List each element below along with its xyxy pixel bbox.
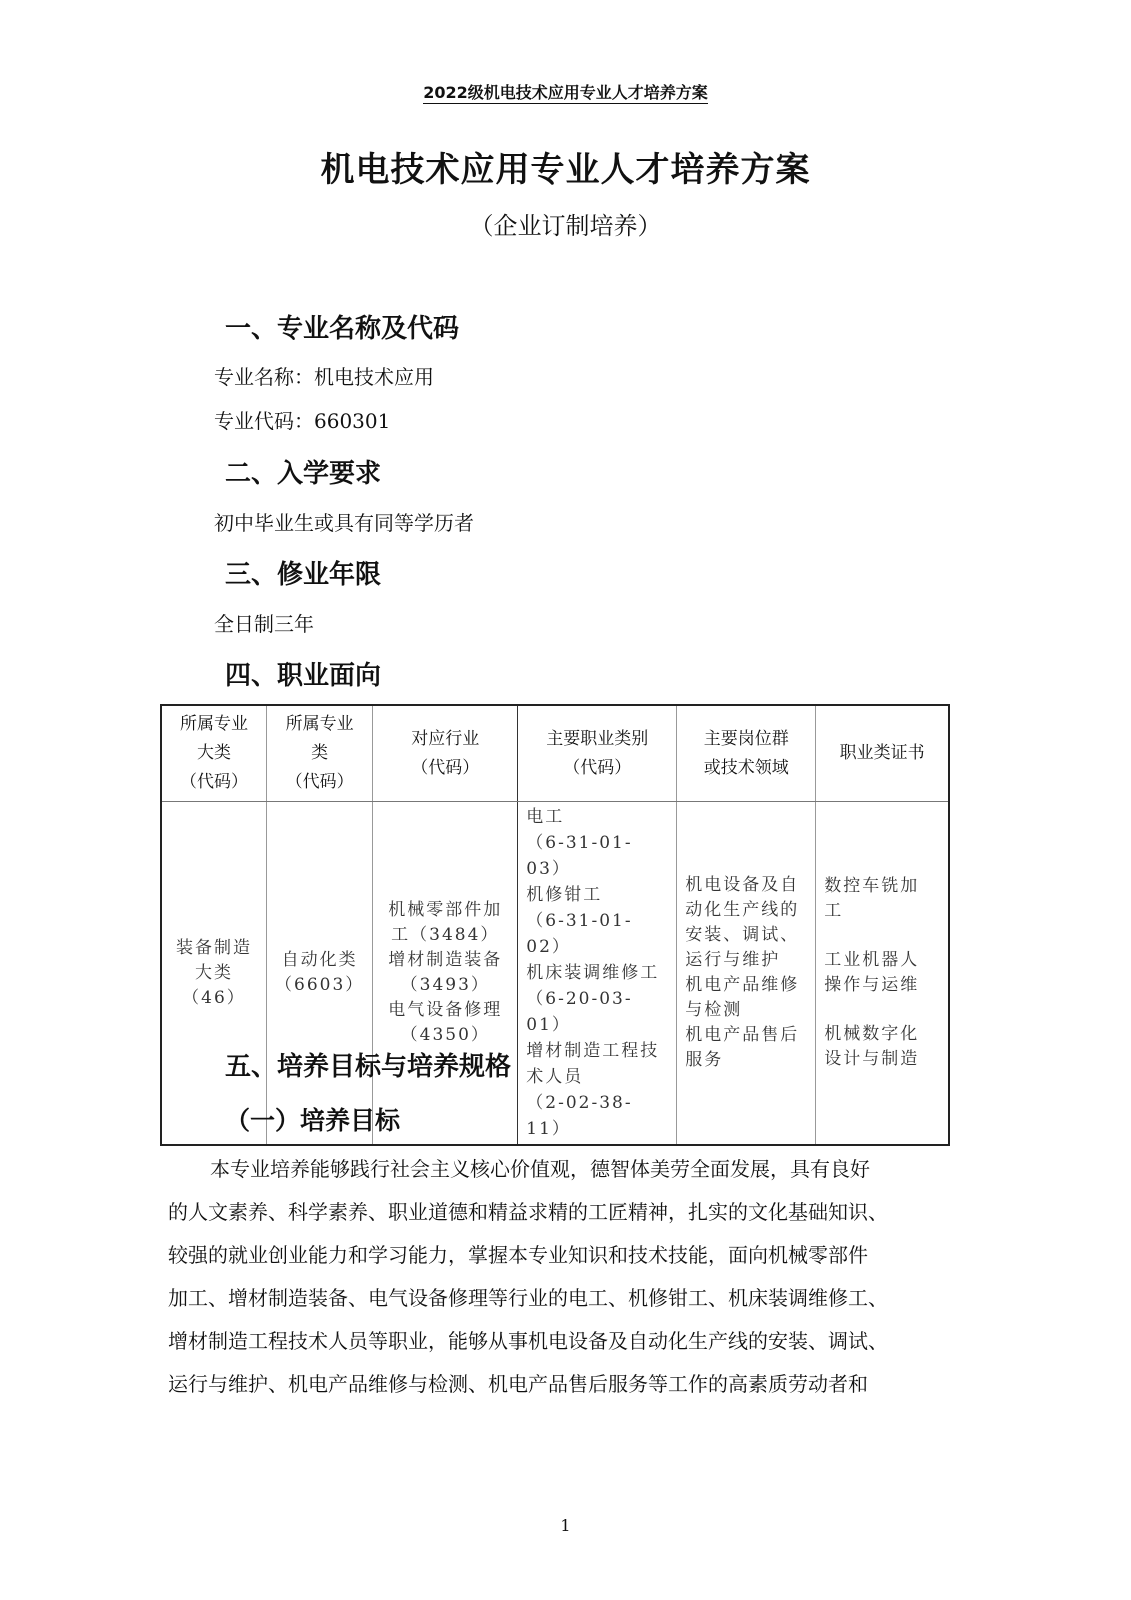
- header-line: （代码）: [168, 768, 260, 797]
- section-4-heading: 四、职业面向: [225, 655, 381, 692]
- cell-certificates: 数控车铣加 工 工业机器人 操作与运维 机械数字化 设计与制造: [816, 802, 949, 1146]
- paragraph-line: 增材制造工程技术人员等职业，能够从事机电设备及自动化生产线的安装、调试、: [168, 1320, 943, 1363]
- header-line: 职业类证书: [822, 739, 942, 768]
- header-line: 对应行业: [379, 725, 511, 754]
- cell-line: 电气设备修理: [381, 998, 509, 1023]
- table-header-row: 所属专业 大类 （代码） 所属专业 类 （代码） 对应行业 （代码） 主要职业类…: [161, 705, 949, 802]
- cell-line: 装备制造: [170, 936, 258, 961]
- header-line: （代码）: [524, 754, 670, 783]
- paragraph-line: 本专业培养能够践行社会主义核心价值观，德智体美劳全面发展，具有良好: [168, 1148, 943, 1191]
- header-line: 类: [273, 739, 366, 768]
- cell-industries: 机械零部件加 工（3484） 增材制造装备 （3493） 电气设备修理 （435…: [373, 802, 518, 1146]
- header-line: （代码）: [379, 754, 511, 783]
- cell-line: （6-20-03-01）: [526, 986, 668, 1038]
- cell-line: 工业机器人: [824, 948, 940, 973]
- header-major-category: 所属专业 大类 （代码）: [161, 705, 267, 802]
- study-duration: 全日制三年: [214, 608, 314, 637]
- cell-line: 大类（46）: [170, 961, 258, 1011]
- cell-line: 设计与制造: [824, 1047, 940, 1072]
- paragraph-line: 加工、增材制造装备、电气设备修理等行业的电工、机修钳工、机床装调维修工、: [168, 1277, 943, 1320]
- table-row: 装备制造 大类（46） 自动化类 （6603） 机械零部件加 工（3484） 增…: [161, 802, 949, 1146]
- header-line: 所属专业: [168, 710, 260, 739]
- cell-line: （3493）: [381, 973, 509, 998]
- cell-line: 自动化类: [275, 948, 364, 973]
- spacer: [824, 998, 940, 1022]
- header-line: 所属专业: [273, 710, 366, 739]
- header-line: 主要岗位群: [683, 725, 809, 754]
- page-number: 1: [0, 1516, 1131, 1535]
- cell-line: 工（3484）: [381, 923, 509, 948]
- document-subtitle: （企业订制培养）: [0, 206, 1131, 241]
- header-major-class: 所属专业 类 （代码）: [267, 705, 373, 802]
- section-2-heading: 二、入学要求: [225, 453, 381, 490]
- cell-positions: 机电设备及自 动化生产线的 安装、调试、 运行与维护 机电产品维修 与检测 机电…: [677, 802, 816, 1146]
- cell-line: 增材制造装备: [381, 948, 509, 973]
- cell-line: （6-31-01-03）: [526, 830, 668, 882]
- cell-line: （6603）: [275, 973, 364, 998]
- cell-line: 机电设备及自: [685, 873, 807, 898]
- cell-line: 机械数字化: [824, 1022, 940, 1047]
- cell-line: 机修钳工: [526, 882, 668, 908]
- header-industry: 对应行业 （代码）: [373, 705, 518, 802]
- paragraph-line: 的人文素养、科学素养、职业道德和精益求精的工匠精神，扎实的文化基础知识、: [168, 1191, 943, 1234]
- cell-line: 电工: [526, 804, 668, 830]
- spacer: [824, 924, 940, 948]
- cell-line: 安装、调试、: [685, 923, 807, 948]
- header-positions: 主要岗位群 或技术领域: [677, 705, 816, 802]
- running-header-text: 2022级机电技术应用专业人才培养方案: [423, 83, 708, 104]
- cell-line: 机械零部件加: [381, 898, 509, 923]
- goal-paragraph: 本专业培养能够践行社会主义核心价值观，德智体美劳全面发展，具有良好 的人文素养、…: [168, 1148, 943, 1406]
- cell-line: 术人员: [526, 1064, 668, 1090]
- header-line: 大类: [168, 739, 260, 768]
- admission-requirement: 初中毕业生或具有同等学历者: [214, 507, 474, 536]
- cell-line: 数控车铣加: [824, 874, 940, 899]
- cell-line: （6-31-01-02）: [526, 908, 668, 960]
- section-5-heading: 五、培养目标与培养规格: [225, 1046, 511, 1083]
- cell-major-class: 自动化类 （6603）: [267, 802, 373, 1146]
- cell-line: 机电产品售后: [685, 1023, 807, 1048]
- subsection-goal-heading: （一）培养目标: [225, 1101, 400, 1137]
- header-occupation: 主要职业类别 （代码）: [518, 705, 677, 802]
- major-code: 专业代码：660301: [214, 405, 390, 434]
- cell-line: 操作与运维: [824, 973, 940, 998]
- paragraph-line: 较强的就业创业能力和学习能力，掌握本专业知识和技术技能，面向机械零部件: [168, 1234, 943, 1277]
- cell-line: 运行与维护: [685, 948, 807, 973]
- cell-line: 服务: [685, 1048, 807, 1073]
- cell-line: 机床装调维修工: [526, 960, 668, 986]
- section-3-heading: 三、修业年限: [225, 554, 381, 591]
- header-certificates: 职业类证书: [816, 705, 949, 802]
- header-line: 或技术领域: [683, 754, 809, 783]
- major-name: 专业名称：机电技术应用: [214, 361, 434, 390]
- cell-line: （2-02-38-11）: [526, 1090, 668, 1142]
- cell-line: 动化生产线的: [685, 898, 807, 923]
- paragraph-line: 运行与维护、机电产品维修与检测、机电产品售后服务等工作的高素质劳动者和: [168, 1363, 943, 1406]
- cell-line: 与检测: [685, 998, 807, 1023]
- cell-occupations: 电工 （6-31-01-03） 机修钳工 （6-31-01-02） 机床装调维修…: [518, 802, 677, 1146]
- document-title: 机电技术应用专业人才培养方案: [0, 142, 1131, 191]
- running-header: 2022级机电技术应用专业人才培养方案: [0, 80, 1131, 103]
- header-line: （代码）: [273, 768, 366, 797]
- header-line: 主要职业类别: [524, 725, 670, 754]
- section-1-heading: 一、专业名称及代码: [225, 308, 459, 345]
- cell-line: （4350）: [381, 1023, 509, 1048]
- cell-line: 增材制造工程技: [526, 1038, 668, 1064]
- cell-line: 工: [824, 899, 940, 924]
- cell-major-category: 装备制造 大类（46）: [161, 802, 267, 1146]
- cell-line: 机电产品维修: [685, 973, 807, 998]
